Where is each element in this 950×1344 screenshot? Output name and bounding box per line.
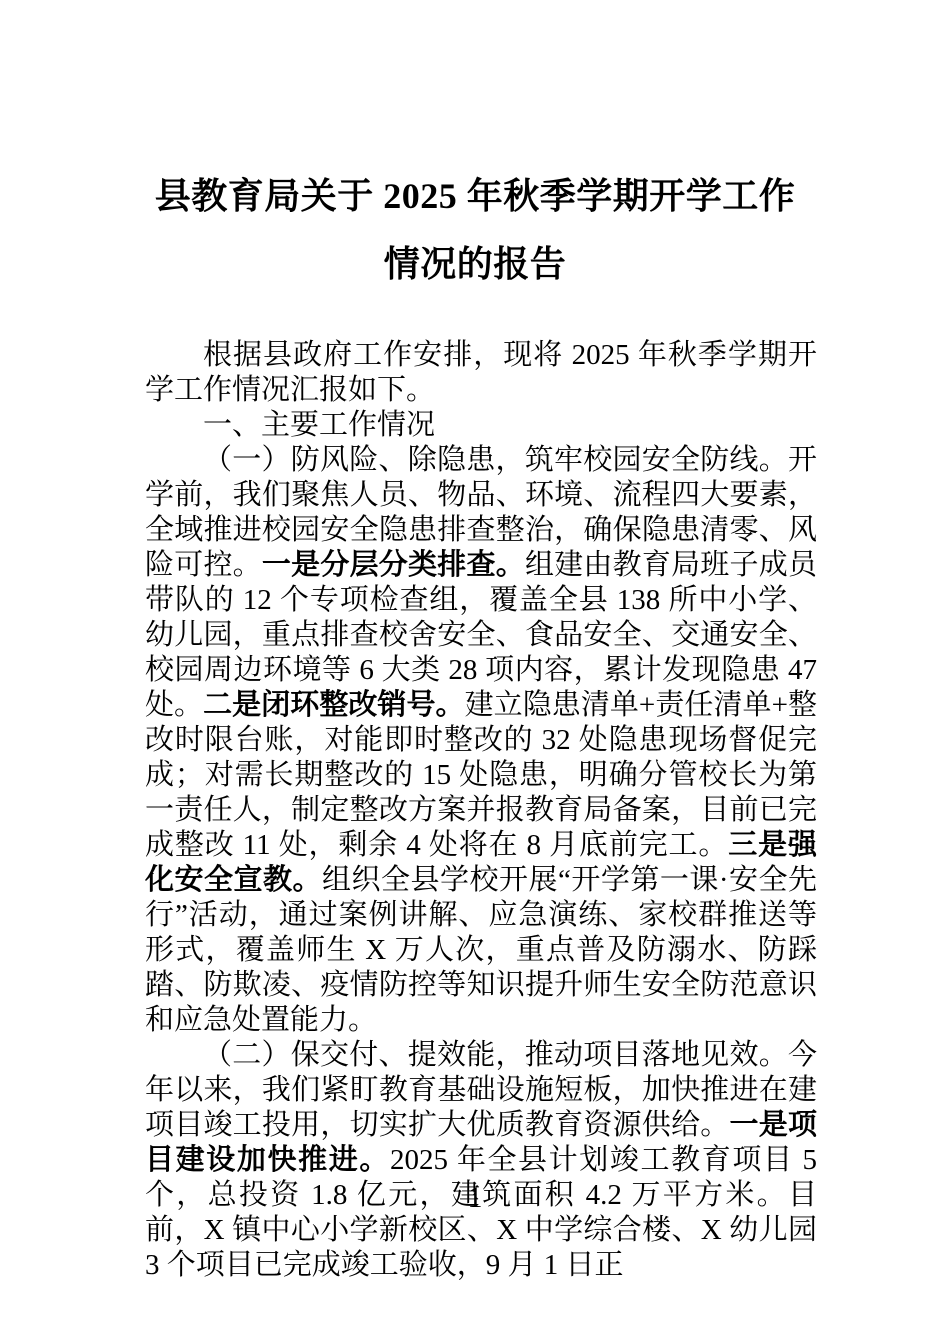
paragraph: 根据县政府工作安排，现将 2025 年秋季学期开学工作情况汇报如下。 xyxy=(145,338,817,408)
page-number: 1 xyxy=(0,1183,950,1213)
text-run: 根据县政府工作安排，现将 2025 年秋季学期开学工作情况汇报如下。 xyxy=(145,339,817,406)
paragraph: （一）防风险、除隐患，筑牢校园安全防线。开学前，我们聚焦人员、物品、环境、流程四… xyxy=(145,443,817,1038)
document-body: 根据县政府工作安排，现将 2025 年秋季学期开学工作情况汇报如下。一、主要工作… xyxy=(145,338,817,1283)
document-title: 县教育局关于 2025 年秋季学期开学工作情况的报告 xyxy=(139,162,811,298)
paragraph: 一、主要工作情况 xyxy=(145,408,817,443)
document-page: 县教育局关于 2025 年秋季学期开学工作情况的报告 根据县政府工作安排，现将 … xyxy=(0,0,950,1344)
bold-run: 一是分层分类排查。 xyxy=(262,549,525,581)
bold-run: 二是闭环整改销号。 xyxy=(203,689,465,721)
text-run: （二）保交付、提效能，推动项目落地见效。今年以来，我们紧盯教育基础设施短板，加快… xyxy=(145,1039,817,1141)
text-run: 一、主要工作情况 xyxy=(203,409,435,441)
paragraph: （二）保交付、提效能，推动项目落地见效。今年以来，我们紧盯教育基础设施短板，加快… xyxy=(145,1038,817,1283)
